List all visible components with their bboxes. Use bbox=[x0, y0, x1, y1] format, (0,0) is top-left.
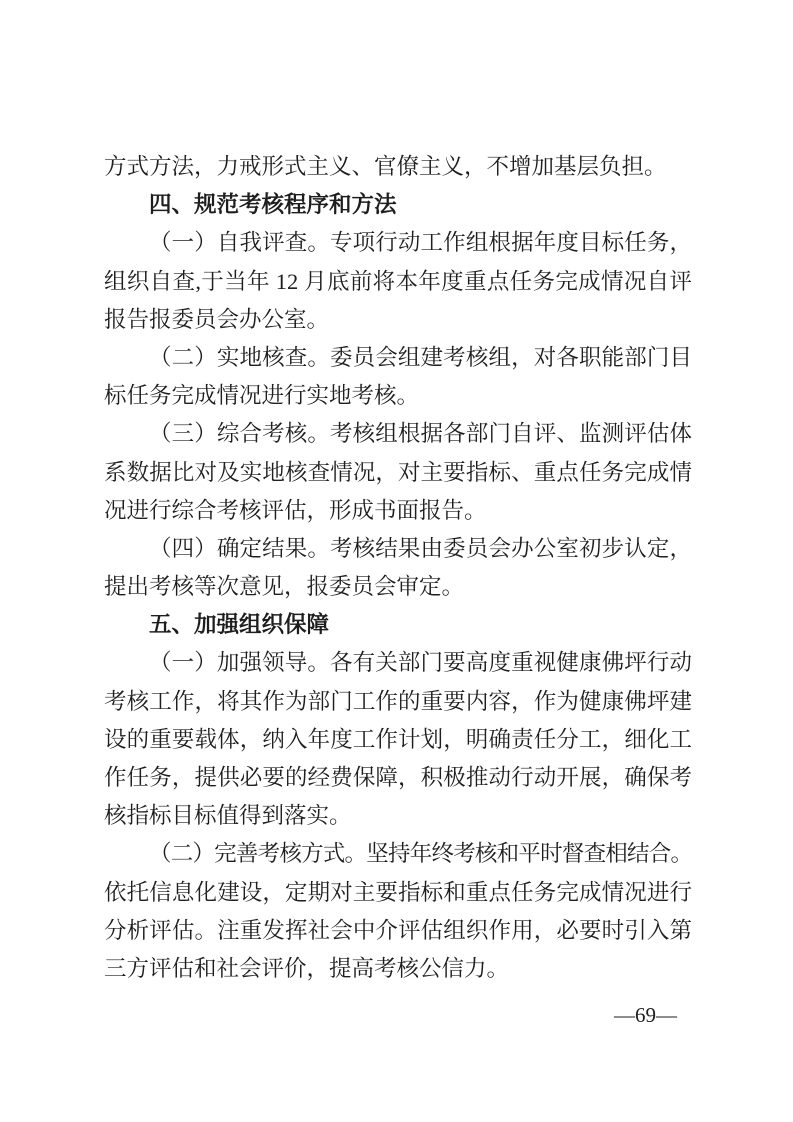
document-page: 方式方法，力戒形式主义、官僚主义，不增加基层负担。 四、规范考核程序和方法 （一… bbox=[0, 0, 793, 1122]
body-line: 组织自查,于当年 12 月底前将本年度重点任务完成情况自评 bbox=[104, 263, 692, 301]
body-line: 作任务，提供必要的经费保障，积极推动行动开展，确保考 bbox=[104, 759, 692, 797]
body-line: 提出考核等次意见，报委员会审定。 bbox=[104, 568, 692, 606]
body-line: 设的重要载体，纳入年度工作计划，明确责任分工，细化工 bbox=[104, 721, 692, 759]
body-line: 况进行综合考核评估，形成书面报告。 bbox=[104, 492, 692, 530]
body-line: （二）实地核查。委员会组建考核组，对各职能部门目 bbox=[104, 339, 692, 377]
section-heading-four: 四、规范考核程序和方法 bbox=[104, 186, 692, 224]
body-line: 报告报委员会办公室。 bbox=[104, 301, 692, 339]
section-heading-five: 五、加强组织保障 bbox=[104, 606, 692, 644]
document-body: 方式方法，力戒形式主义、官僚主义，不增加基层负担。 四、规范考核程序和方法 （一… bbox=[104, 148, 692, 988]
body-line: 依托信息化建设，定期对主要指标和重点任务完成情况进行 bbox=[104, 874, 692, 912]
body-line: 系数据比对及实地核查情况，对主要指标、重点任务完成情 bbox=[104, 454, 692, 492]
body-line: （一）自我评查。专项行动工作组根据年度目标任务， bbox=[104, 224, 692, 262]
body-line: （二）完善考核方式。坚持年终考核和平时督查相结合。 bbox=[104, 835, 692, 873]
body-line: 考核工作，将其作为部门工作的重要内容，作为健康佛坪建 bbox=[104, 683, 692, 721]
body-line: 分析评估。注重发挥社会中介评估组织作用，必要时引入第 bbox=[104, 912, 692, 950]
body-line: （四）确定结果。考核结果由委员会办公室初步认定， bbox=[104, 530, 692, 568]
body-line: 核指标目标值得到落实。 bbox=[104, 797, 692, 835]
body-line: 三方评估和社会评价，提高考核公信力。 bbox=[104, 950, 692, 988]
body-line: 方式方法，力戒形式主义、官僚主义，不增加基层负担。 bbox=[104, 148, 692, 186]
body-line: （三）综合考核。考核组根据各部门自评、监测评估体 bbox=[104, 415, 692, 453]
body-line: 标任务完成情况进行实地考核。 bbox=[104, 377, 692, 415]
page-number: —69— bbox=[614, 1000, 677, 1030]
body-line: （一）加强领导。各有关部门要高度重视健康佛坪行动 bbox=[104, 644, 692, 682]
